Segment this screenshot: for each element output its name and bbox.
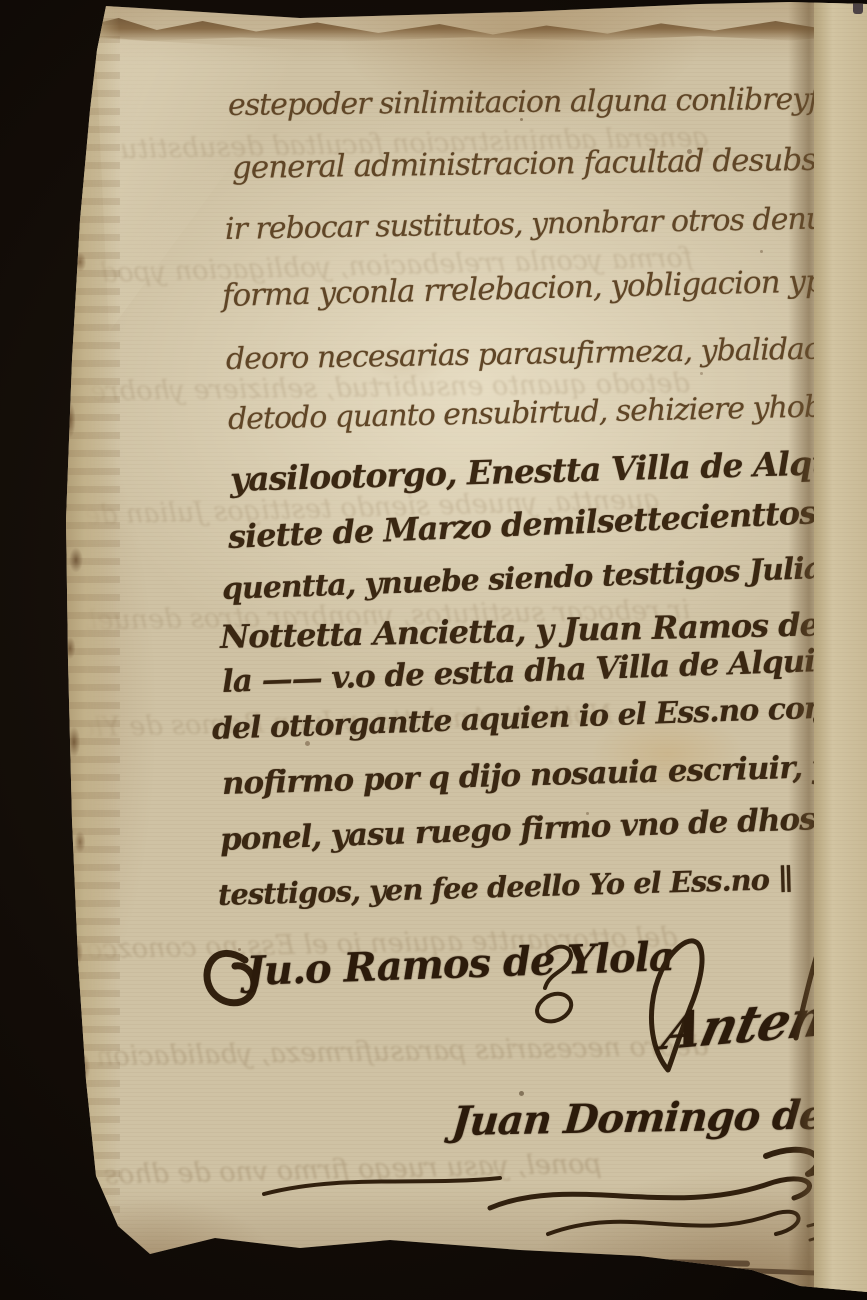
binding-edge: [56, 0, 120, 1300]
manuscript-line: ponel, yasu ruego firmo vno de dhos: [219, 801, 816, 858]
flourish-stroke: [548, 1212, 799, 1234]
manuscript-line: general administracion facultad desubsti…: [232, 141, 867, 186]
manuscript-line: deoro necesarias parasufirmeza, ybalidac…: [226, 331, 864, 377]
ink-specks: [0, 0, 3, 3]
flourish-stroke: [264, 1178, 500, 1194]
manuscript-page: general administracion facultad desubsti…: [0, 0, 867, 1300]
flourish-stroke: [490, 1179, 810, 1208]
manuscript-line: ir rebocar sustitutos, ynonbrar otros de…: [225, 201, 860, 247]
corner-dark-mark: [853, 0, 863, 14]
flourish-stroke: [537, 994, 571, 1022]
manuscript-line: del ottorgantte aquien io el Ess.no cono…: [211, 688, 867, 747]
adjacent-page-strip: [814, 0, 867, 1300]
notary-rubric-flourish: [248, 1140, 864, 1270]
top-edge-stain: [88, 12, 852, 42]
manuscript-line: testtigos, yen fee deello Yo el Ess.no ∥: [218, 862, 793, 912]
manuscript-line: nofirmo por q dijo nosauia escriuir, y: [221, 749, 829, 802]
manuscript-line: estepoder sinlimitacion alguna conlibrey…: [228, 81, 867, 123]
photo-background: general administracion facultad desubsti…: [0, 0, 867, 1300]
